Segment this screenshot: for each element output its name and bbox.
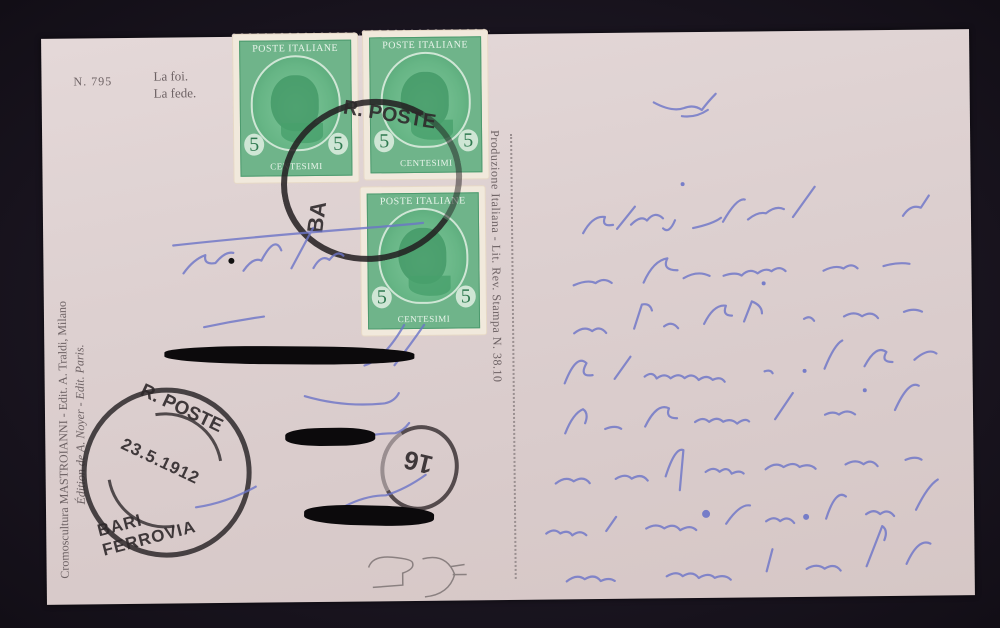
postmark-numeral: 16 (372, 417, 468, 519)
stamp-value: 5 (456, 285, 476, 307)
postcard: N. 795 La foi. La fede. Cromoscultura MA… (41, 29, 975, 605)
stamp-value: 5 (458, 129, 478, 151)
publisher-line-1: Cromoscultura MASTROIANNI - Edit. A. Tra… (54, 301, 74, 579)
stamp-bottom-text: CENTESIMI (369, 313, 479, 324)
caption-french: La foi. (153, 67, 196, 84)
pencil-note-35 (358, 548, 469, 599)
caption: La foi. La fede. (153, 67, 196, 101)
stamp-value: 5 (372, 286, 392, 308)
divider-imprint: Produzione Italiana - Lit. Rev. Stampa N… (487, 130, 505, 382)
publisher-imprint: Cromoscultura MASTROIANNI - Edit. A. Tra… (54, 301, 91, 579)
address-redaction-3 (304, 504, 434, 527)
divider-line (510, 134, 517, 579)
caption-italian: La fede. (154, 84, 197, 101)
stamp-value: 5 (244, 134, 264, 156)
stamp-top-text: POSTE ITALIANE (240, 43, 350, 55)
postmark-side-text: BA (302, 200, 332, 235)
address-redaction-2 (285, 427, 375, 446)
card-number: N. 795 (73, 74, 112, 89)
stamp-top-text: POSTE ITALIANE (370, 39, 480, 51)
postmark-bari-ferrovia: R. POSTE 23.5.1912 BARI FERROVIA (71, 377, 261, 567)
address-redaction-1 (164, 345, 414, 365)
portrait-neck (409, 276, 451, 296)
postmark-number: 16 (401, 444, 436, 481)
